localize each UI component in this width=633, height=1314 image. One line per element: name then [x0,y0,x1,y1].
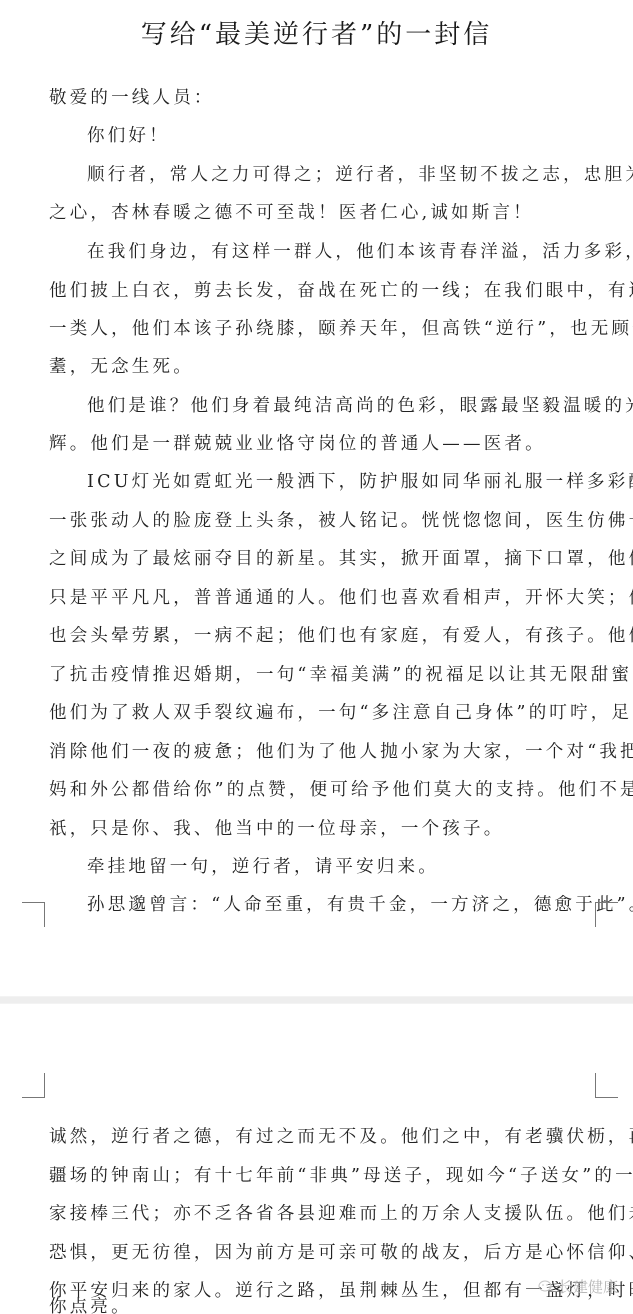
text-line: 消除他们一夜的疲惫；他们为了他人抛小家为大家，一个对“我把妈 [49,740,594,764]
text-line: 你们好！ [87,124,594,148]
text-line: 在我们身边，有这样一群人，他们本该青春洋溢，活力多彩，但 [87,240,594,264]
text-line: 之心，杏林春暖之德不可至哉！医者仁心,诚如斯言！ [49,201,594,225]
text-line: 之间成为了最炫丽夺目的新星。其实，掀开面罩，摘下口罩，他们也 [49,547,594,571]
text-line: 耋，无念生死。 [49,355,594,379]
text-line: 顺行者，常人之力可得之；逆行者，非坚韧不拔之志，忠胆为民 [87,163,594,187]
text-line: 辉。他们是一群兢兢业业恪守岗位的普通人——医者。 [49,432,594,456]
wechat-icon [538,1280,554,1293]
watermark: 长建健康 [538,1276,618,1297]
text-line: 也会头晕劳累，一病不起；他们也有家庭，有爱人，有孩子。他们为 [49,624,594,648]
text-line: 你点亮。 [49,1295,594,1314]
document-page-2: 诚然，逆行者之德，有过之而无不及。他们之中，有老骥伏枥，再战疆场的钟南山；有十七… [0,1004,633,1314]
text-line: 妈和外公都借给你”的点赞，便可给予他们莫大的支持。他们不是神 [49,778,594,802]
text-line: 疆场的钟南山；有十七年前“非典”母送子，现如今“子送女”的一 [49,1164,594,1188]
watermark-text: 长建健康 [558,1276,618,1297]
document-title: 写给“最美逆行者”的一封信 [0,14,633,51]
text-line: 敬爱的一线人员： [49,86,594,110]
text-line: 诚然，逆行者之德，有过之而无不及。他们之中，有老骥伏枥，再战 [49,1125,594,1149]
page-separator [0,996,633,1004]
text-line: 祇，只是你、我、他当中的一位母亲，一个孩子。 [49,817,594,841]
text-line: 家接棒三代；亦不乏各省各县迎难而上的万余人支援队伍。他们未曾 [49,1202,594,1226]
text-line: 他们披上白衣，剪去长发，奋战在死亡的一线；在我们眼中，有这样 [49,279,594,303]
text-line: 了抗击疫情推迟婚期，一句“幸福美满”的祝福足以让其无限甜蜜； [49,663,594,687]
text-line: 他们是谁？他们身着最纯洁高尚的色彩，眼露最坚毅温暖的光 [87,394,594,418]
text-line: ICU灯光如霓虹光一般洒下，防护服如同华丽礼服一样多彩醒目， [87,470,594,494]
page-corner-mark-top-right [595,1073,618,1098]
text-line: 恐惧，更无彷徨，因为前方是可亲可敬的战友，后方是心怀信仰、盼 [49,1241,594,1265]
text-line: 他们为了救人双手裂纹遍布，一句“多注意自己身体”的叮咛，足以 [49,701,594,725]
document-page-1: 写给“最美逆行者”的一封信 敬爱的一线人员：你们好！顺行者，常人之力可得之；逆行… [0,0,633,996]
page-corner-mark-top-left [22,1073,45,1098]
text-line: 孙思邈曾言：“人命至重，有贵千金，一方济之，德愈于此”。 [87,893,594,917]
text-line: 一类人，他们本该子孙绕膝，颐养天年，但高铁“逆行”，也无顾耄 [49,317,594,341]
page-corner-mark-bottom-left [22,902,45,927]
text-line: 只是平平凡凡，普普通通的人。他们也喜欢看相声，开怀大笑；他们 [49,586,594,610]
text-line: 一张张动人的脸庞登上头条，被人铭记。恍恍惚惚间，医生仿佛一夜 [49,509,594,533]
text-line: 牵挂地留一句，逆行者，请平安归来。 [87,855,594,879]
page-corner-mark-bottom-right [595,902,618,927]
